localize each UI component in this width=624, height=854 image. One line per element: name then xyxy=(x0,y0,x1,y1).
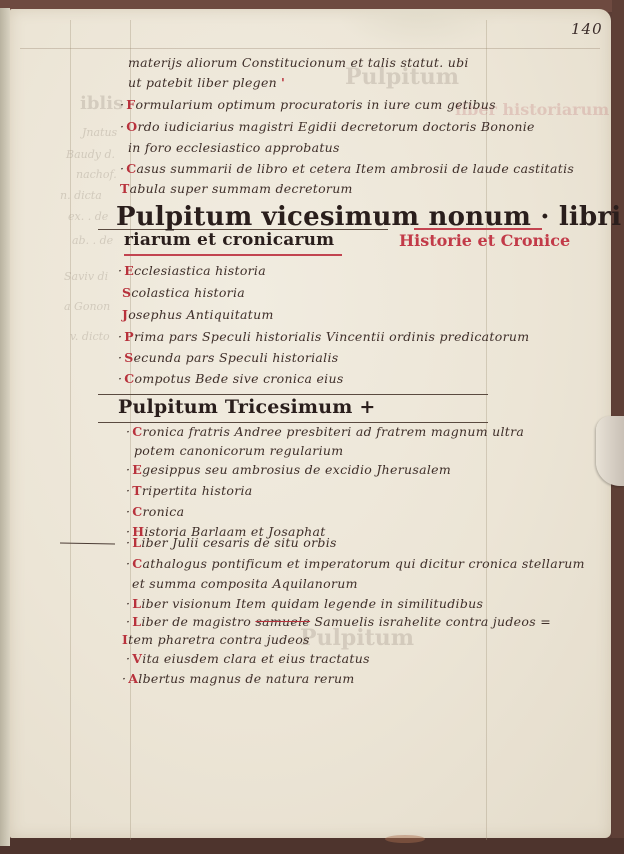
entry-line: potem canonicorum regularium xyxy=(134,443,343,458)
edge-stain xyxy=(385,835,425,843)
entry-line: ·Cronica fratris Andree presbiteri ad fr… xyxy=(126,424,524,439)
entry-line: ·Casus summarii de libro et cetera Item … xyxy=(120,161,574,176)
show-through-margin-3: nachof. xyxy=(76,168,117,181)
entry-line: ·Tripertita historia xyxy=(126,483,253,498)
page-tab-marker xyxy=(596,416,624,486)
entry-line: ·Prima pars Speculi historialis Vincenti… xyxy=(118,329,529,344)
show-through-left-heading: iblis xyxy=(80,93,123,114)
rubric-annotation: Historie et Cronice xyxy=(399,231,570,250)
show-through-margin-2: Baudy d. xyxy=(66,148,115,161)
entry-line: ·Secunda pars Speculi historialis xyxy=(118,350,338,365)
entry-line: ·Ecclesiastica historia xyxy=(118,263,266,278)
entry-line: ut patebit liber plegen' xyxy=(128,75,285,90)
show-through-margin-7: Saviv di xyxy=(64,270,108,283)
show-through-margin-4: n. dicta xyxy=(60,189,102,202)
entry-line: ·Cathalogus pontificum et imperatorum qu… xyxy=(126,556,585,571)
book-cover-bottom-edge xyxy=(0,838,624,854)
entry-line: ·Liber visionum Item quidam legende in s… xyxy=(126,596,483,611)
entry-line: materijs aliorum Constitucionum et talis… xyxy=(128,55,469,70)
entry-line: Tabula super summam decretorum xyxy=(120,181,353,196)
entry-line: ·Vita eiusdem clara et eius tractatus xyxy=(126,651,370,666)
section-heading-29-cont: riarum et cronicarum xyxy=(124,230,334,250)
entry-line: ·Cronica xyxy=(126,504,184,519)
ruling-top xyxy=(20,48,600,49)
entry-line: et summa composita Aquilanorum xyxy=(132,576,358,591)
show-through-margin-9: v. dicto xyxy=(70,330,110,343)
entry-line: ·Liber de magistro samuele Samuelis isra… xyxy=(126,614,551,629)
heading-rule xyxy=(98,394,488,395)
entry-line: ·Liber Julii cesaris de situ orbis xyxy=(126,535,337,550)
entry-line: ·Formularium optimum procuratoris in iur… xyxy=(120,97,496,112)
red-underline xyxy=(124,254,342,256)
binding-gutter xyxy=(0,8,10,846)
entry-line: in foro ecclesiastico approbatus xyxy=(128,140,340,155)
folio-number: 140 xyxy=(571,20,603,38)
section-heading-30: Pulpitum Tricesimum + xyxy=(118,396,375,418)
entry-line: ·Egesippus seu ambrosius de excidio Jher… xyxy=(126,462,451,477)
entry-line: Josephus Antiquitatum xyxy=(122,307,274,322)
page-fold-shadow xyxy=(335,9,505,51)
show-through-margin-5: ex. . de xyxy=(68,210,108,223)
show-through-margin-8: a Gonon xyxy=(64,300,110,313)
entry-line: ·Ordo iudiciarius magistri Egidii decret… xyxy=(120,119,535,134)
show-through-margin-1: Jnatus xyxy=(82,126,117,139)
struck-word: samuele xyxy=(255,614,310,629)
entry-line: ·Albertus magnus de natura rerum xyxy=(122,671,355,686)
entry-line: Item pharetra contra judeos xyxy=(122,632,310,647)
entry-line: Scolastica historia xyxy=(122,285,245,300)
ruling-margin-left xyxy=(70,20,71,840)
show-through-margin-6: ab. . de xyxy=(72,234,113,247)
red-underline xyxy=(414,228,542,230)
entry-line: ·Compotus Bede sive cronica eius xyxy=(118,371,344,386)
section-heading-29: Pulpitum vicesimum nonum · libri histo xyxy=(116,202,624,232)
heading-rule xyxy=(98,422,488,423)
